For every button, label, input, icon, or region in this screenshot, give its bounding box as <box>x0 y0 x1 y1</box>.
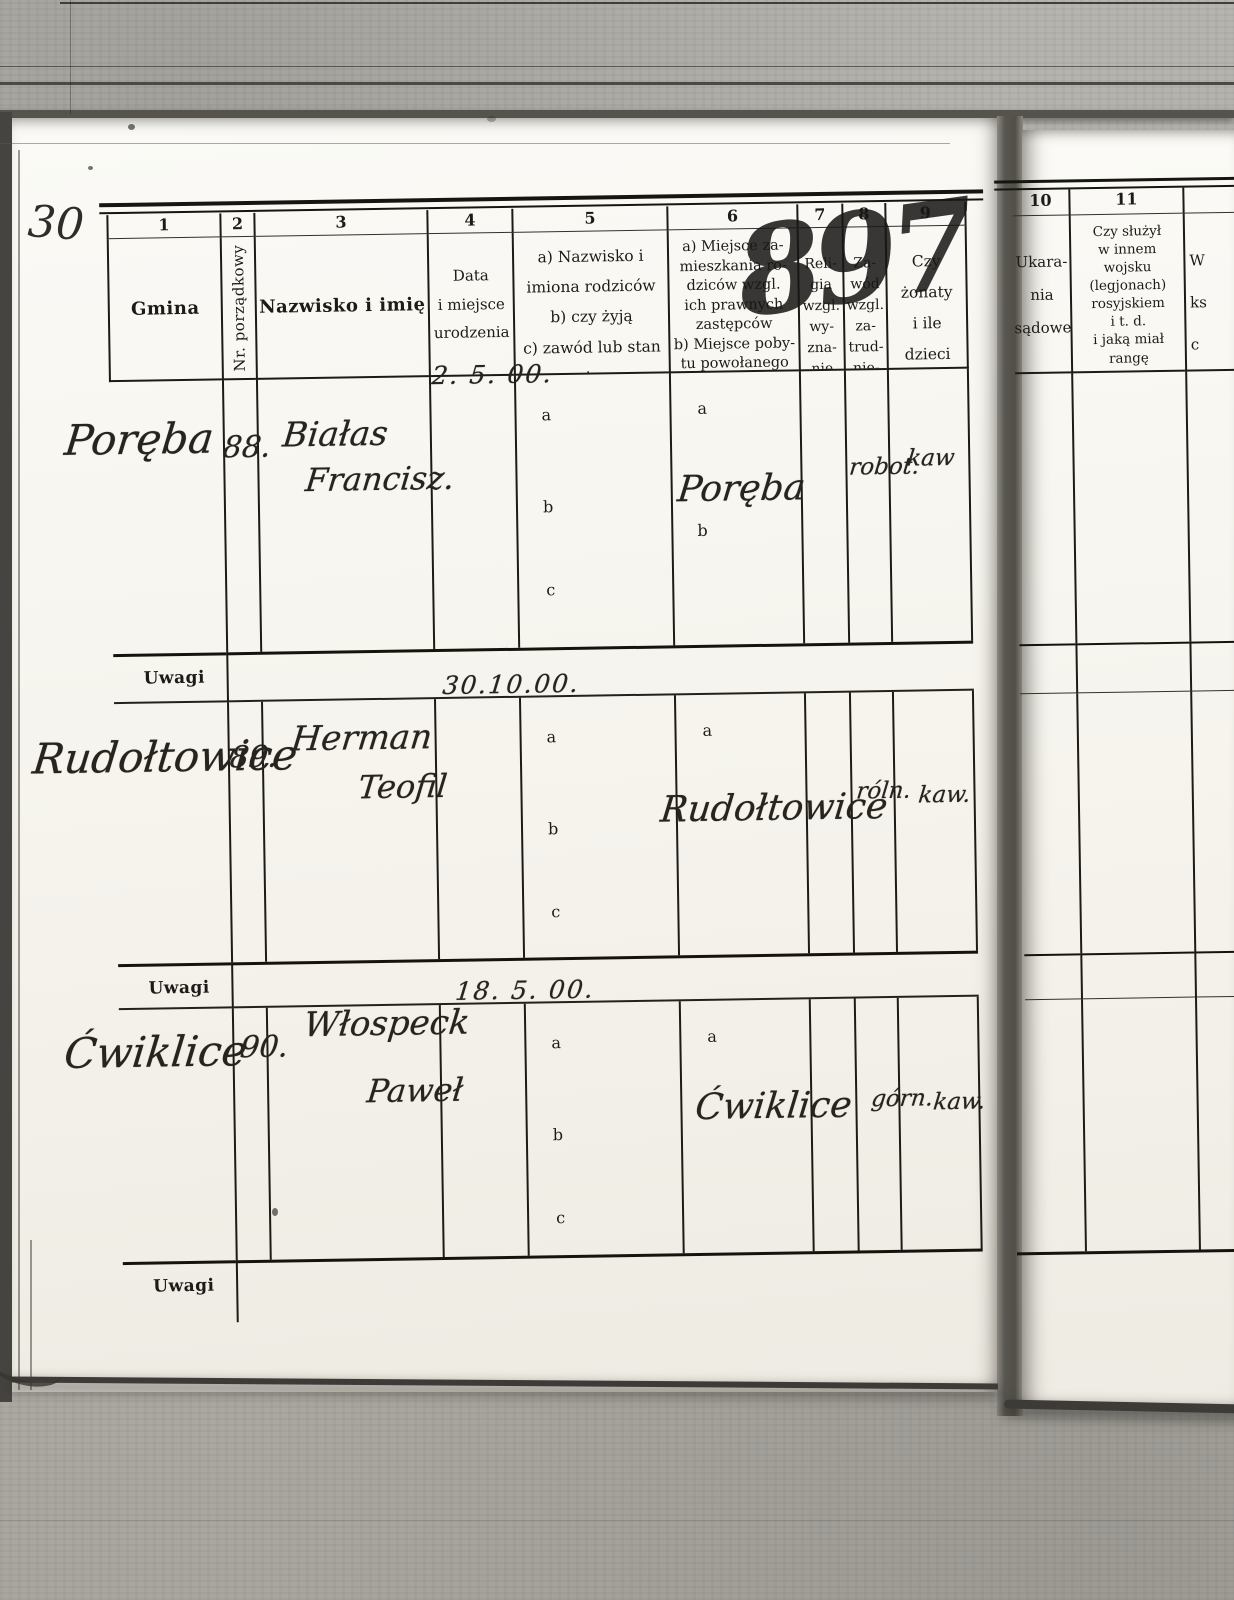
printed-marker-b: b <box>697 521 708 540</box>
scan-artifact-vline <box>70 0 71 114</box>
uwagi-band-right <box>1194 950 1234 997</box>
col-header-gmina: Gmina <box>107 237 222 382</box>
uwagi-label: Uwagi <box>118 962 232 1010</box>
printed-marker-c: c <box>551 902 560 921</box>
col-header-cutoff-fragment: W ks c <box>1183 212 1234 371</box>
row2-surname-handwriting: Herman <box>289 717 434 759</box>
row2-parents-cell: a b c <box>519 695 678 957</box>
printed-marker-a: a <box>707 1027 717 1046</box>
scan-artifact-line <box>0 66 1234 67</box>
col-number-3: 3 <box>253 210 426 237</box>
col-number-5: 5 <box>511 206 666 232</box>
col-header-ukarania: Ukara- nia sądowe <box>1013 215 1071 374</box>
page-number-handwriting: 30 <box>26 196 85 251</box>
row3-marital-handwriting: kaw. <box>932 1088 987 1115</box>
printed-marker-a: a <box>702 721 712 740</box>
col-number-2: 2 <box>219 213 253 238</box>
scan-artifact-line <box>0 82 1234 85</box>
row2-birthdate-handwriting: 30.10.00. <box>441 669 581 700</box>
printed-marker-a: a <box>551 1033 561 1052</box>
printed-marker-a: a <box>697 399 707 418</box>
col-header-nr-porzadkowy: Nr. porządkowy <box>220 237 256 381</box>
row2-marital-cell <box>892 691 978 952</box>
row3-marital-cell <box>897 997 983 1250</box>
row2-cutoff-cell <box>1190 690 1234 951</box>
row3-zawod-cell <box>854 998 901 1251</box>
row3-nr-handwriting: 90. <box>239 1029 290 1065</box>
col-number-12 <box>1182 186 1234 213</box>
row2-nr-handwriting: 89. <box>228 740 279 776</box>
row3-cutoff-cell <box>1195 996 1234 1249</box>
row1-givenname-handwriting: Francisz. <box>303 459 456 499</box>
row2-ukarania-cell <box>1020 693 1080 954</box>
col-header-nazwisko-imie: Nazwisko i imię <box>254 234 429 380</box>
row2-sluzba-cell <box>1076 692 1194 954</box>
row1-ukarania-cell <box>1015 373 1075 644</box>
scan-artifact-line <box>60 2 1234 4</box>
printed-marker-a: a <box>546 727 556 746</box>
printed-marker-c: c <box>556 1208 565 1227</box>
col-header-nr-porzadkowy-label: Nr. porządkowy <box>229 244 249 371</box>
col-header-sluzba-wojskowa: Czy służył w innem wojsku (legjonach) ro… <box>1069 214 1185 374</box>
col-header-rodzice: a) Nazwisko i imiona rodziców b) czy żyj… <box>512 230 669 375</box>
printed-marker-b: b <box>548 819 559 838</box>
scan-artifact-hline <box>0 1520 1234 1521</box>
row1-marital-handwriting: kaw <box>906 445 956 472</box>
row3-sluzba-cell <box>1081 998 1199 1252</box>
row1-sluzba-cell <box>1071 372 1189 644</box>
register-table-left: 1 2 3 4 5 6 7 8 9 Gmina Nr. porządkowy N… <box>21 196 988 1331</box>
row1-marital-cell <box>887 369 973 642</box>
row1-nr-handwriting: 88. <box>221 430 272 466</box>
scanned-register-page: 1 2 3 4 5 6 7 8 9 Gmina Nr. porządkowy N… <box>0 0 1234 1600</box>
book-spine-shadow <box>0 112 12 1402</box>
uwagi-band-right <box>1189 640 1234 691</box>
uwagi-band-right <box>1075 642 1190 694</box>
printed-marker-c: c <box>546 580 555 599</box>
col-number-10: 10 <box>1012 189 1068 216</box>
row3-givenname-handwriting: Paweł <box>365 1071 465 1111</box>
uwagi-band-right <box>1080 952 1195 1000</box>
row1-zawod-cell <box>844 370 891 643</box>
row1-religia-cell <box>799 371 848 644</box>
uwagi-label: Uwagi <box>113 652 227 704</box>
printed-marker-b: b <box>543 497 554 516</box>
row1-birth-cell <box>429 376 518 649</box>
sheet-edge-shadow <box>0 110 1234 118</box>
col-header-data-urodzenia: Data i miejsce urodzenia <box>427 233 514 377</box>
row1-nr-cell <box>222 380 260 653</box>
col-number-11: 11 <box>1068 188 1182 216</box>
uwagi-band-right <box>1019 643 1076 694</box>
row1-cutoff-cell <box>1185 370 1234 641</box>
row3-birthdate-handwriting: 18. 5. 00. <box>454 975 596 1006</box>
ink-speck <box>88 166 93 170</box>
row3-gmina-handwriting: Ćwiklice <box>62 1026 249 1078</box>
col-number-4: 4 <box>426 209 511 234</box>
ink-speck <box>128 124 135 130</box>
register-table-right: 10 11 Ukara- nia sądowe Czy służył w inn… <box>1000 180 1234 1435</box>
row2-marital-handwriting: kaw. <box>917 782 972 809</box>
col-number-1: 1 <box>106 213 219 239</box>
uwagi-band-right <box>1024 953 1081 1000</box>
under-sheet-edge <box>0 143 950 144</box>
printed-marker-b: b <box>553 1125 564 1144</box>
row2-occupation-handwriting: róln. <box>855 778 912 805</box>
uwagi-band <box>236 1249 984 1323</box>
row1-residence-handwriting: Poręba <box>676 467 808 510</box>
row2-residence-handwriting: Rudołtowice <box>659 786 890 831</box>
row3-surname-handwriting: Włospeck <box>302 1003 472 1046</box>
row2-givenname-handwriting: Teofil <box>356 767 449 806</box>
row3-occupation-handwriting: górn. <box>870 1085 934 1112</box>
row1-birthdate-handwriting: 2. 5. 00. <box>430 359 554 390</box>
row1-gmina-handwriting: Poręba <box>62 413 216 464</box>
row3-parents-cell: a b c <box>524 1001 683 1255</box>
stacked-page-edge <box>18 150 20 1390</box>
row1-surname-handwriting: Białas <box>281 414 390 456</box>
row3-ukarania-cell <box>1025 999 1085 1252</box>
uwagi-label: Uwagi <box>123 1260 237 1324</box>
row1-parents-cell: a b c <box>514 373 673 647</box>
row2-birth-cell <box>434 698 523 959</box>
row3-residence-handwriting: Ćwiklice <box>693 1085 854 1129</box>
ink-speck <box>487 116 496 122</box>
printed-marker-a: a <box>541 405 551 424</box>
